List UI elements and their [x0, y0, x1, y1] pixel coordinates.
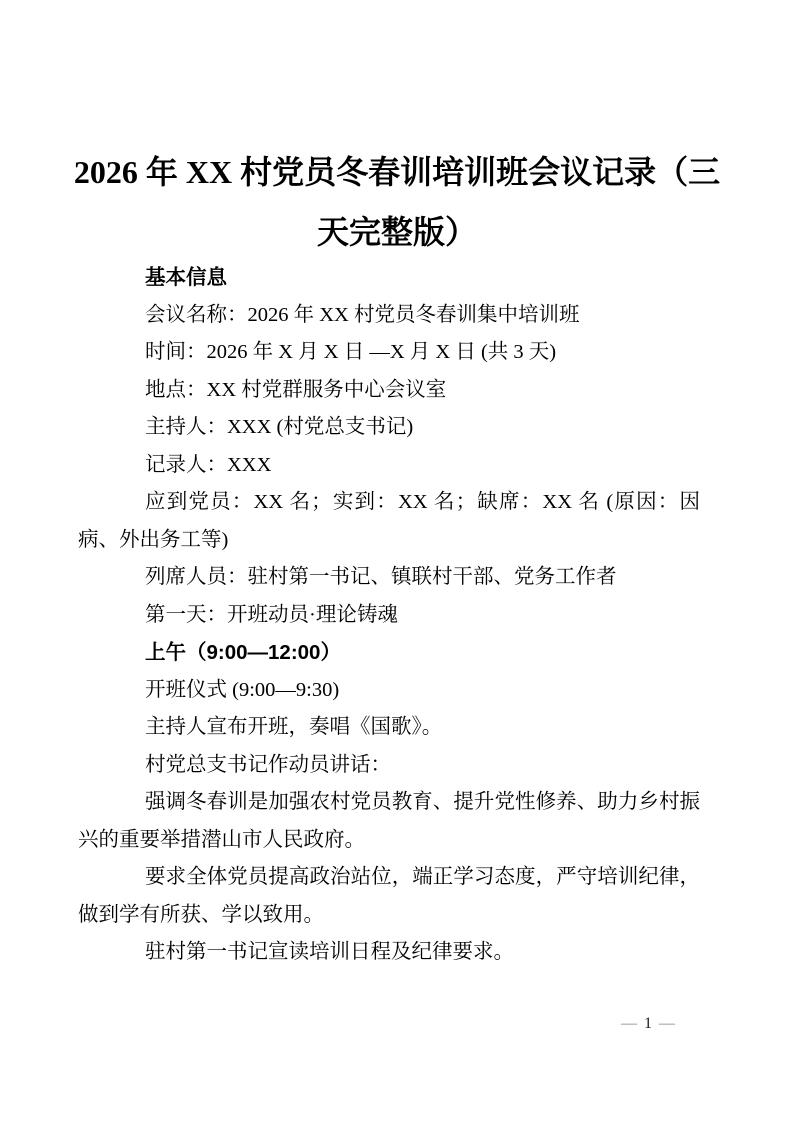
- paragraph: 开班仪式 (9:00—9:30): [78, 672, 700, 710]
- paragraph: 时间：2026 年 X 月 X 日 —X 月 X 日 (共 3 天): [78, 334, 700, 372]
- footer-dash-left: —: [621, 1015, 637, 1032]
- document-page: 2026 年 XX 村党员冬春训培训班会议记录（三天完整版） 基本信息会议名称：…: [0, 0, 793, 1122]
- paragraph: 记录人：XXX: [78, 447, 700, 485]
- paragraph: 地点：XX 村党群服务中心会议室: [78, 372, 700, 410]
- paragraph: 要求全体党员提高政治站位，端正学习态度，严守培训纪律，做到学有所获、学以致用。: [78, 859, 700, 934]
- paragraph: 列席人员：驻村第一书记、镇联村干部、党务工作者: [78, 559, 700, 597]
- document-title: 2026 年 XX 村党员冬春训培训班会议记录（三天完整版）: [72, 142, 722, 262]
- paragraph: 会议名称：2026 年 XX 村党员冬春训集中培训班: [78, 297, 700, 335]
- footer-dash-right: —: [659, 1015, 675, 1032]
- paragraph: 主持人：XXX (村党总支书记): [78, 409, 700, 447]
- paragraph: 主持人宣布开班，奏唱《国歌》。: [78, 709, 700, 747]
- page-footer: —1—: [621, 1014, 675, 1034]
- paragraph: 应到党员：XX 名；实到：XX 名；缺席：XX 名 (原因：因病、外出务工等): [78, 484, 700, 559]
- document-body: 基本信息会议名称：2026 年 XX 村党员冬春训集中培训班时间：2026 年 …: [78, 259, 700, 972]
- paragraph: 村党总支书记作动员讲话：: [78, 747, 700, 785]
- paragraph: 第一天：开班动员·理论铸魂: [78, 597, 700, 635]
- section-heading: 上午（9:00—12:00）: [78, 634, 700, 672]
- footer-page-number: 1: [637, 1015, 659, 1032]
- paragraph: 强调冬春训是加强农村党员教育、提升党性修养、助力乡村振兴的重要举措潜山市人民政府…: [78, 784, 700, 859]
- paragraph: 驻村第一书记宣读培训日程及纪律要求。: [78, 934, 700, 972]
- section-heading: 基本信息: [78, 259, 700, 297]
